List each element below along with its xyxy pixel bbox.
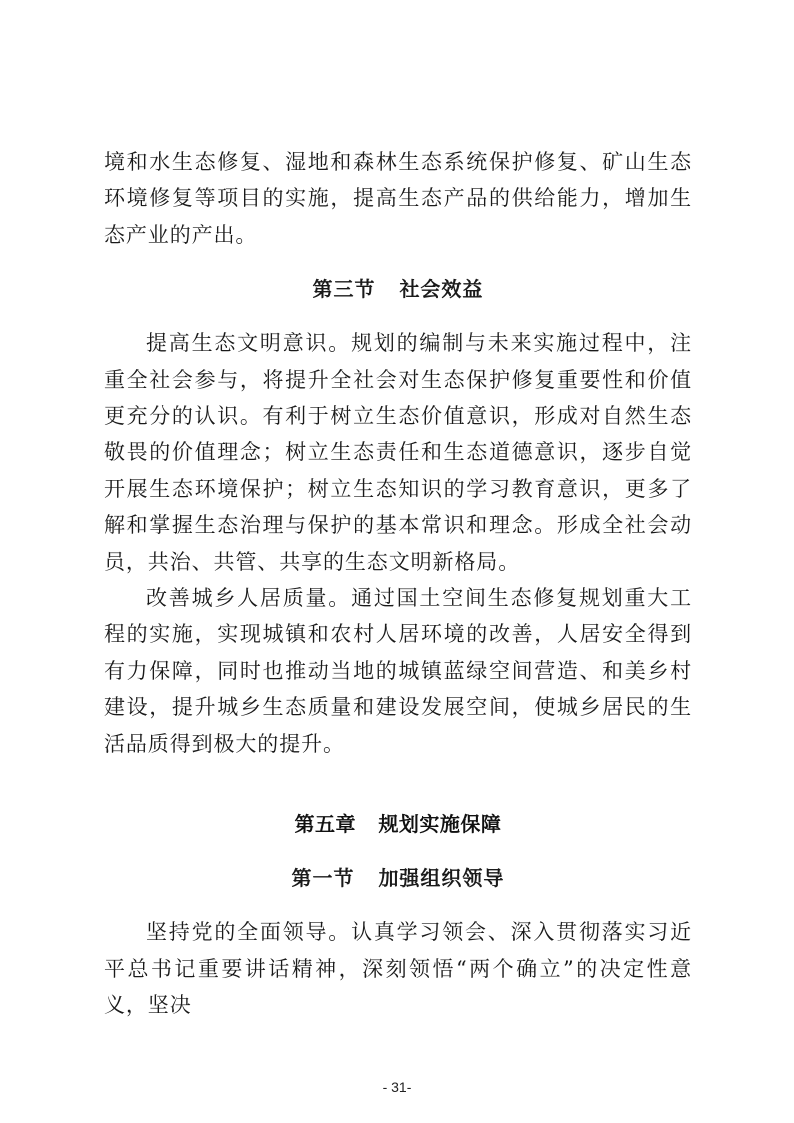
page-number: - 31- — [0, 1079, 794, 1095]
section-heading-social-benefits: 第三节 社会效益 — [104, 271, 692, 307]
chapter-number: 第五章 — [295, 812, 357, 836]
spacer — [104, 842, 692, 860]
section-title-text: 社会效益 — [399, 277, 483, 301]
spacer — [104, 762, 692, 788]
section-heading-organizational-leadership: 第一节 加强组织领导 — [104, 860, 692, 896]
section-title-text: 加强组织领导 — [378, 866, 504, 890]
title-gap — [356, 812, 378, 836]
spacer — [104, 896, 692, 914]
spacer — [104, 253, 692, 271]
chapter-heading-implementation-guarantee: 第五章 规划实施保障 — [104, 806, 692, 842]
spacer — [104, 307, 692, 325]
spacer — [104, 788, 692, 806]
paragraph-party-leadership: 坚持党的全面领导。认真学习领会、深入贯彻落实习近平总书记重要讲话精神，深刻领悟“… — [104, 914, 692, 1023]
paragraph-continued-ecology-projects: 境和水生态修复、湿地和森林生态系统保护修复、矿山生态环境修复等项目的实施，提高生… — [104, 144, 692, 253]
paragraph-living-quality: 改善城乡人居质量。通过国土空间生态修复规划重大工程的实施，实现城镇和农村人居环境… — [104, 580, 692, 762]
chapter-title-text: 规划实施保障 — [378, 812, 501, 836]
section-number: 第一节 — [292, 866, 355, 890]
paragraph-ecological-awareness: 提高生态文明意识。规划的编制与未来实施过程中，注重全社会参与，将提升全社会对生态… — [104, 325, 692, 580]
title-gap — [355, 866, 379, 890]
document-page: 境和水生态修复、湿地和森林生态系统保护修复、矿山生态环境修复等项目的实施，提高生… — [104, 144, 692, 1023]
section-number: 第三节 — [313, 277, 376, 301]
title-gap — [376, 277, 400, 301]
